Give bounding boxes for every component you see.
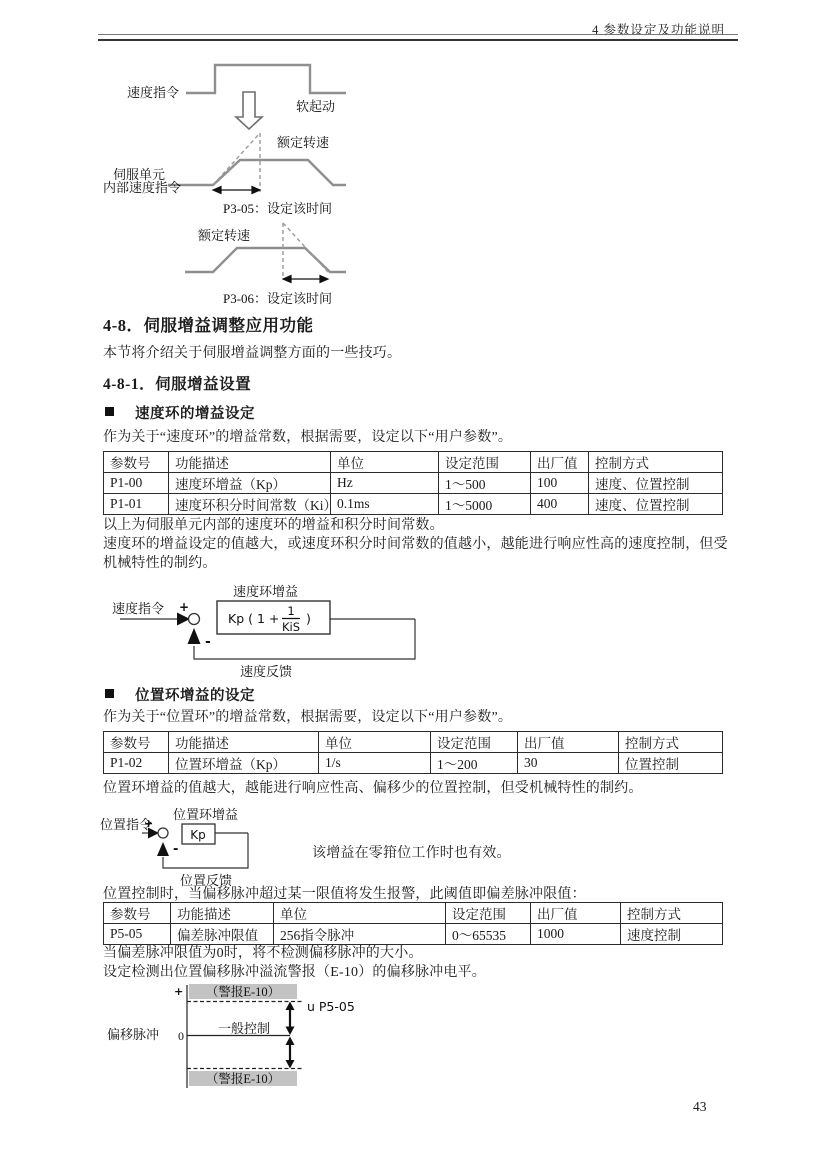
normal-control-label: 一般控制 (218, 1021, 270, 1036)
alarm-bottom-label: （警报E-10） (206, 1071, 280, 1086)
col-header: 功能描述 (169, 452, 331, 473)
cell: 速度控制 (621, 924, 723, 945)
waveform-lines (168, 65, 346, 272)
gain-block-title: 位置环增益 (173, 807, 238, 822)
cell: 速度环积分时间常数（Ki） (169, 494, 331, 515)
cell: 1～200 (431, 753, 518, 774)
speed-feedback-label: 速度反馈 (240, 664, 292, 679)
section-4-8-1-title: 4-8-1．伺服增益设置 (103, 372, 251, 394)
col-header: 控制方式 (621, 903, 723, 924)
cell: P5-05 (104, 924, 171, 945)
fraction-numerator: 1 (287, 604, 294, 618)
table-header-row: 参数号 功能描述 单位 设定范围 出厂值 控制方式 (104, 732, 723, 753)
cell: P1-01 (104, 494, 169, 515)
speed-loop-block-diagram: 速度环增益 速度指令 + - Kp ( 1 + 1 KiS ) 速度反馈 (100, 580, 430, 680)
col-header: 功能描述 (171, 903, 274, 924)
col-header: 单位 (319, 732, 431, 753)
speed-gain-heading: 速度环的增益设定 (135, 406, 255, 422)
col-header: 出厂值 (518, 732, 619, 753)
speed-gain-intro: 作为关于“速度环”的增益常数，根据需要，设定以下“用户参数”。 (103, 429, 512, 448)
col-header: 设定范围 (431, 732, 518, 753)
section-4-8-intro: 本节将介绍关于伺服增益调整方面的一些技巧。 (103, 345, 401, 364)
cell: 1000 (531, 924, 621, 945)
cell: 0.1ms (331, 494, 439, 515)
rated-speed-label-2: 额定转速 (198, 228, 250, 243)
cell: 400 (531, 494, 589, 515)
cell: 位置环增益（Kp） (169, 753, 319, 774)
col-header: 单位 (331, 452, 439, 473)
deviation-pulse-axis-label: 偏移脉冲 (107, 1027, 159, 1042)
col-header: 功能描述 (169, 732, 319, 753)
plus-sign: + (144, 817, 153, 830)
table-header-row: 参数号 功能描述 单位 设定范围 出厂值 控制方式 (104, 452, 723, 473)
limit-value-label: u P5-05 (307, 999, 355, 1014)
position-gain-intro: 作为关于“位置环”的增益常数，根据需要，设定以下“用户参数”。 (103, 709, 512, 728)
bullet-square-icon (105, 407, 114, 416)
minus-sign: - (173, 842, 178, 857)
cell: 0～65535 (446, 924, 531, 945)
header-rule-thick (98, 39, 738, 41)
cell: Hz (331, 473, 439, 494)
col-header: 参数号 (104, 732, 169, 753)
deviation-table: 参数号 功能描述 单位 设定范围 出厂值 控制方式 P5-05 偏差脉冲限值 2… (103, 902, 723, 945)
feedback-arrowhead-icon (188, 628, 201, 644)
plus-sign: + (179, 600, 189, 614)
cell: 偏差脉冲限值 (171, 924, 274, 945)
col-header: 设定范围 (439, 452, 531, 473)
section-4-8-title: 4-8．伺服增益调整应用功能 (103, 312, 314, 336)
position-gain-table: 参数号 功能描述 单位 设定范围 出厂值 控制方式 P1-02 位置环增益（Kp… (103, 731, 723, 774)
cell: 1～500 (439, 473, 531, 494)
document-page: 4 参数设定及功能说明 速度指令 软起动 额定转速 伺服单元 内部速度指令 (0, 0, 827, 1169)
table-row: P1-01 速度环积分时间常数（Ki） 0.1ms 1～5000 400 速度、… (104, 494, 723, 515)
cell: P1-00 (104, 473, 169, 494)
cell: 位置控制 (619, 753, 723, 774)
position-gain-note: 位置环增益的值越大，越能进行响应性高、偏移少的位置控制，但受机械特性的制约。 (103, 780, 643, 799)
speed-cmd-label: 速度指令 (127, 85, 179, 100)
cell: P1-02 (104, 753, 169, 774)
rated-speed-label: 额定转速 (277, 135, 329, 150)
cell: 1/s (319, 753, 431, 774)
col-header: 参数号 (104, 903, 171, 924)
down-arrow-icon (236, 92, 262, 129)
soft-start-diagram: 速度指令 软起动 额定转速 伺服单元 内部速度指令 P3-05：设定该时间 额定… (100, 50, 450, 310)
col-header: 出厂值 (531, 903, 621, 924)
minus-sign: - (205, 634, 211, 650)
cell: 速度、位置控制 (589, 494, 723, 515)
table-row: P5-05 偏差脉冲限值 256指令脉冲 0～65535 1000 速度控制 (104, 924, 723, 945)
gain-block-title: 速度环增益 (233, 584, 298, 599)
plus-sign: + (174, 985, 183, 998)
cell: 速度环增益（Kp） (169, 473, 331, 494)
col-header: 单位 (274, 903, 446, 924)
formula-suffix: ) (306, 611, 311, 626)
summing-junction (158, 828, 168, 838)
speed-gain-heading-row: 速度环的增益设定 (105, 402, 255, 423)
page-number: 43 (693, 1099, 707, 1115)
page-header-title: 4 参数设定及功能说明 (592, 20, 725, 38)
speed-gain-note1: 以上为伺服单元内部的速度环的增益和积分时间常数。 (103, 517, 444, 536)
p3-05-label: P3-05：设定该时间 (223, 201, 332, 216)
summing-junction (189, 614, 200, 625)
alarm-top-label: （警报E-10） (206, 984, 280, 999)
speed-cmd-label: 速度指令 (112, 601, 164, 616)
servo-unit-label-2: 内部速度指令 (103, 180, 181, 195)
table-row: P1-02 位置环增益（Kp） 1/s 1～200 30 位置控制 (104, 753, 723, 774)
gain-block-label: Kp (190, 828, 206, 842)
cell: 100 (531, 473, 589, 494)
position-gain-heading-row: 位置环增益的设定 (105, 684, 255, 705)
cell: 速度、位置控制 (589, 473, 723, 494)
cell: 256指令脉冲 (274, 924, 446, 945)
soft-start-label: 软起动 (296, 99, 335, 114)
position-gain-heading: 位置环增益的设定 (135, 688, 255, 704)
col-header: 控制方式 (619, 732, 723, 753)
table-header-row: 参数号 功能描述 单位 设定范围 出厂值 控制方式 (104, 903, 723, 924)
col-header: 控制方式 (589, 452, 723, 473)
col-header: 出厂值 (531, 452, 589, 473)
col-header: 参数号 (104, 452, 169, 473)
header-rule-thin (98, 34, 738, 35)
zero-label: 0 (178, 1029, 184, 1043)
table-row: P1-00 速度环增益（Kp） Hz 1～500 100 速度、位置控制 (104, 473, 723, 494)
deviation-pulse-diagram: （警报E-10） （警报E-10） 一般控制 u P5-05 + 0 偏移脉冲 (100, 980, 390, 1095)
cell: 1～5000 (439, 494, 531, 515)
speed-gain-note2: 速度环的增益设定的值越大，或速度环积分时间常数的值越小，越能进行响应性高的速度控… (103, 536, 739, 573)
speed-gain-table: 参数号 功能描述 单位 设定范围 出厂值 控制方式 P1-00 速度环增益（Kp… (103, 451, 723, 515)
bullet-square-icon (105, 689, 114, 698)
feedback-arrowhead-icon (157, 842, 169, 856)
zero-clamp-note: 该增益在零箝位工作时也有效。 (312, 845, 511, 864)
formula-prefix: Kp ( 1 + (228, 611, 279, 626)
cell: 30 (518, 753, 619, 774)
deviation-note1: 当偏差脉冲限值为0时，将不检测偏移脉冲的大小。 (103, 945, 423, 964)
col-header: 设定范围 (446, 903, 531, 924)
fraction-denominator: KiS (282, 620, 300, 634)
position-loop-block-diagram: 位置环增益 位置指令 + - Kp 位置反馈 (100, 803, 300, 891)
p3-06-label: P3-06：设定该时间 (223, 291, 332, 306)
